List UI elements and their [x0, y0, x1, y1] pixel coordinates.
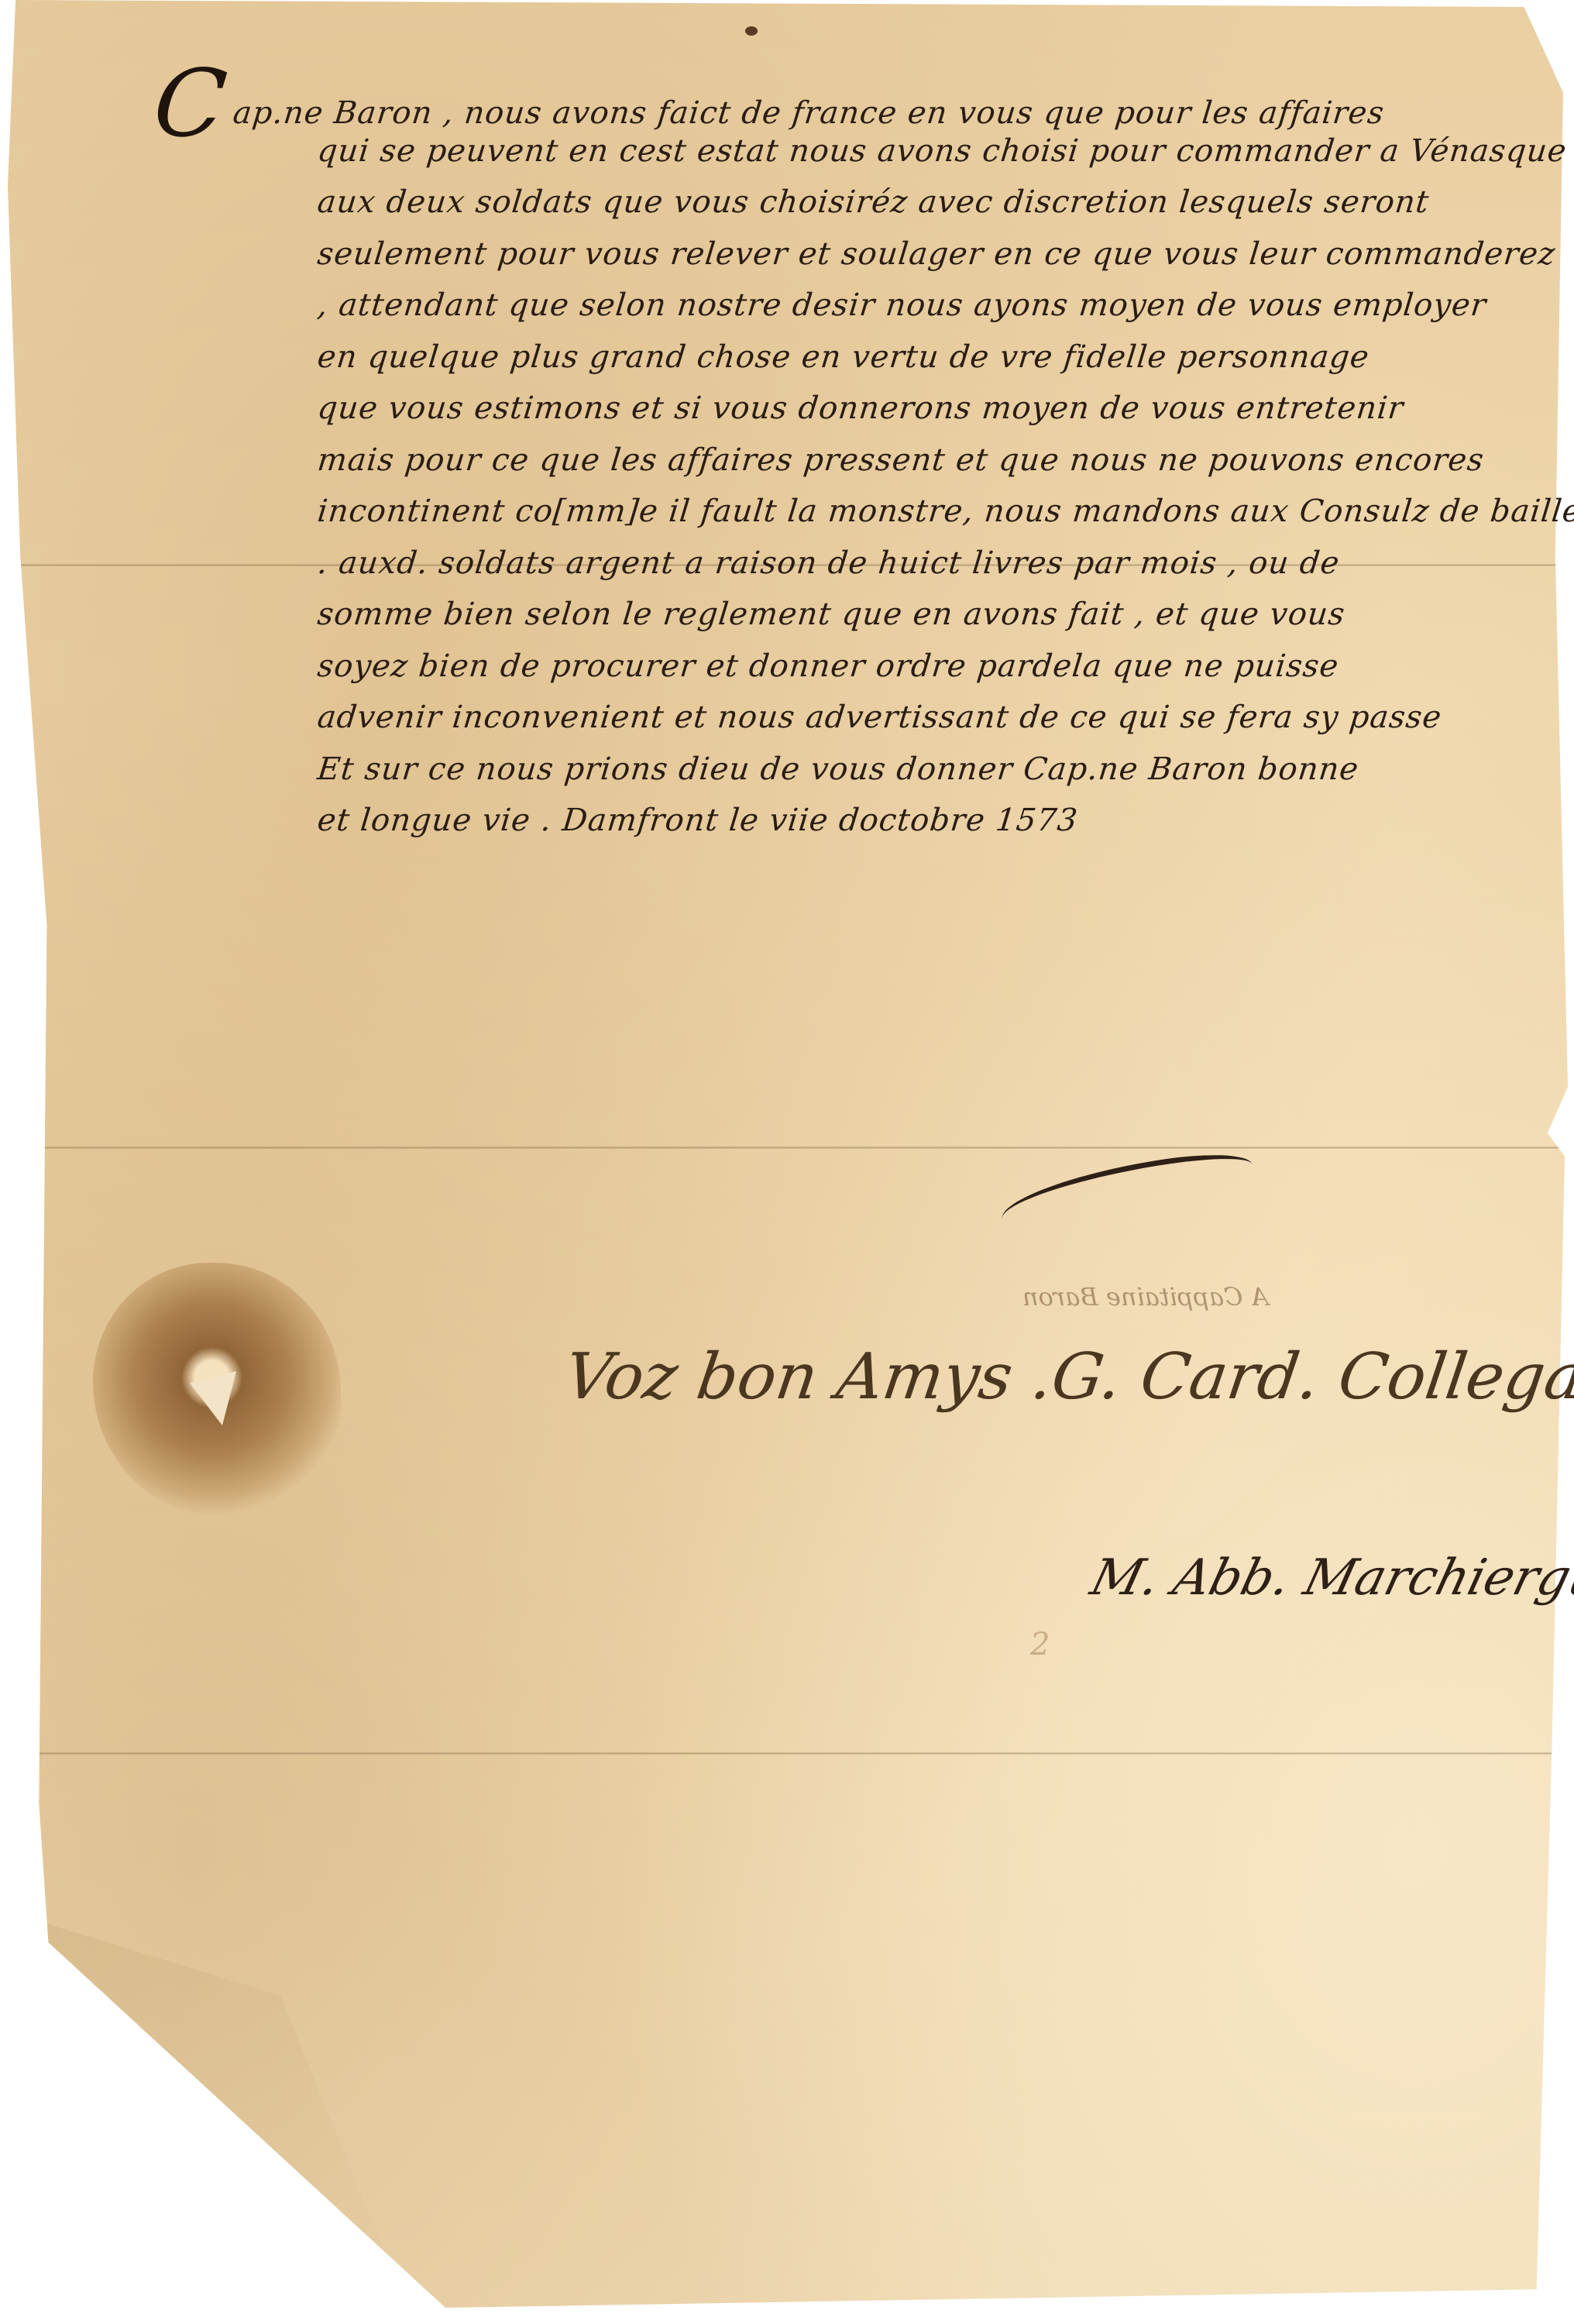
- folded-corner: [39, 1921, 442, 2293]
- signature-closing: Voz bon Amys .G. Card. Collegat: [560, 1340, 1574, 1414]
- second-signature: M. Abb. Marchiergue: [1085, 1549, 1574, 1607]
- ink-spot: [745, 26, 758, 36]
- letter-line: seulement pour vous relever et soulager …: [315, 229, 1552, 280]
- letter-line: Et sur ce nous prions dieu de vous donne…: [315, 744, 1552, 796]
- letter-line: et longue vie . Damfront le viie doctobr…: [315, 795, 1552, 847]
- reversed-address-bleedthrough: A Cappitaine Baron: [1022, 1282, 1269, 1312]
- letter-line: advenir inconvenient et nous advertissan…: [315, 692, 1552, 744]
- letter-line: mais pour ce que les affaires pressent e…: [315, 435, 1552, 486]
- fold-line: [8, 1752, 1571, 1755]
- faint-pencil-mark: 2: [1030, 1627, 1050, 1662]
- fold-line: [8, 1147, 1571, 1149]
- letter-line: Cap.ne Baron , nous avons faict de franc…: [153, 74, 1552, 125]
- letter-line: que vous estimons et si vous donnerons m…: [315, 383, 1552, 435]
- letter-line: incontinent co[mm]e il fault la monstre,…: [315, 486, 1552, 538]
- decorated-initial: C: [151, 74, 229, 136]
- letter-line: aux deux soldats que vous choisiréz avec…: [315, 177, 1552, 229]
- letter-line: . auxd. soldats argent a raison de huict…: [315, 538, 1552, 590]
- letter-line: qui se peuvent en cest estat nous avons …: [315, 125, 1552, 177]
- signature-block: Voz bon Amys .G. Card. Collegat M. Abb. …: [565, 1309, 1565, 1635]
- letter-line: somme bien selon le reglement que en avo…: [315, 589, 1552, 641]
- letter-line: en quelque plus grand chose en vertu de …: [315, 332, 1552, 383]
- letter-line: , attendant que selon nostre desir nous …: [315, 280, 1552, 332]
- letter-line: soyez bien de procurer et donner ordre p…: [315, 641, 1552, 693]
- letter-body: Cap.ne Baron , nous avons faict de franc…: [155, 74, 1549, 847]
